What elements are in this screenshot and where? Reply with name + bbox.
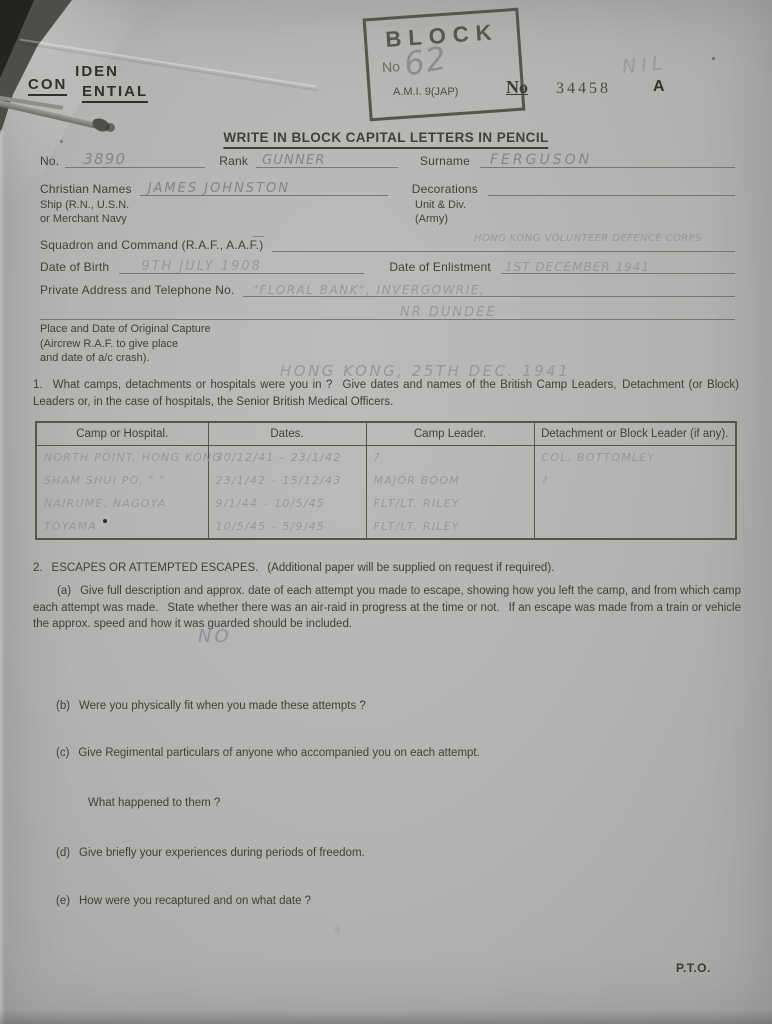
question-2-heading: 2. ESCAPES OR ATTEMPTED ESCAPES. (Additi… — [33, 560, 739, 577]
question-2c-text: (c) Give Regimental particulars of anyon… — [56, 745, 736, 762]
scanned-form-page: CON FIDEN ENTIAL BLOCK No 62 A.M.I. 9(JA… — [0, 0, 772, 1024]
ship-label: Ship (R.N., U.S.N.or Merchant Navy — [40, 198, 735, 227]
unit-label: Unit & Div.(Army) — [415, 198, 466, 227]
address-line2: NR DUNDEE — [40, 319, 735, 320]
capture-label: Place and Date of Original Capture (Airc… — [40, 322, 735, 366]
camps-table-cell: 10/5/45 – 5/9/45 — [208, 515, 366, 539]
dob-label: Date of Birth — [40, 260, 109, 274]
ami-dept-label: A.M.I. 9(JAP) — [393, 86, 458, 98]
rank-line: GUNNER — [256, 167, 398, 168]
dob-line: 9TH JULY 1908 — [119, 273, 364, 274]
question-2e-text: (e) How were you recaptured and on what … — [56, 893, 736, 910]
col-detachment-leader: Detachment or Block Leader (if any). — [534, 422, 736, 446]
field-row-address: Private Address and Telephone No. "FLORA… — [40, 275, 735, 297]
address-value-line2: NR DUNDEE — [400, 305, 497, 320]
no-label: No. — [40, 154, 59, 168]
camps-table-cell: NAIRUME, NAGOYA — [36, 492, 208, 515]
surname-value: FERGUSON — [490, 152, 592, 168]
ref-serial-number: 34458 — [556, 80, 611, 98]
camps-table-cell: 9/1/44 – 10/5/45 — [208, 492, 366, 515]
camps-table-cell: ? — [366, 446, 534, 470]
squadron-label: Squadron and Command (R.A.F., A.A.F.) — [40, 238, 264, 252]
rank-value: GUNNER — [262, 153, 326, 168]
question-2b-text: (b) Were you physically fit when you mad… — [56, 698, 736, 715]
field-row-dob-enlistment: Date of Birth 9TH JULY 1908 Date of Enli… — [40, 252, 735, 274]
christian-names-label: Christian Names — [40, 182, 132, 196]
enlistment-label: Date of Enlistment — [389, 260, 491, 274]
enlistment-line: 1ST DECEMBER 1941 — [501, 273, 735, 274]
ref-suffix: A — [653, 78, 665, 96]
enlistment-value: 1ST DECEMBER 1941 — [505, 260, 650, 274]
ref-no-label: No — [506, 77, 528, 98]
camps-table: Camp or Hospital. Dates. Camp Leader. De… — [35, 421, 737, 540]
decorations-label: Decorations — [412, 182, 478, 196]
camps-table-row: NORTH POINT, HONG KONG30/12/41 – 23/1/42… — [36, 446, 736, 470]
pto-label: P.T.O. — [676, 961, 711, 975]
camps-table-cell: SHAM SHUI PO, " " — [36, 469, 208, 492]
camps-table-cell: NORTH POINT, HONG KONG — [36, 446, 208, 470]
no-value: 3890 — [83, 150, 126, 168]
camps-table-row: TOYAMA10/5/45 – 5/9/45FLT/LT. RILEY — [36, 515, 736, 539]
question-1-text: 1. What camps, detachments or hospitals … — [33, 377, 739, 410]
address-line1: "FLORAL BANK", INVERGOWRIE, — [243, 296, 735, 297]
address-value-line1: "FLORAL BANK", INVERGOWRIE, — [253, 283, 486, 297]
paper-speck — [712, 57, 715, 60]
camps-table-cell: FLT/LT. RILEY — [366, 515, 534, 539]
christian-names-line: JAMES JOHNSTON — [140, 195, 388, 196]
paper-speck — [103, 519, 107, 523]
camps-table-header-row: Camp or Hospital. Dates. Camp Leader. De… — [36, 422, 736, 446]
field-row-no-rank-surname: No. 3890 Rank GUNNER Surname FERGUSON — [40, 146, 735, 168]
camps-table-cell: ? — [534, 469, 736, 492]
field-row-ship-unit: Ship (R.N., U.S.N.or Merchant Navy — Uni… — [40, 198, 735, 227]
camps-table-cell — [534, 515, 736, 539]
camps-table-cell: FLT/LT. RILEY — [366, 492, 534, 515]
block-number-handwritten: 62 — [401, 39, 450, 84]
question-2d-text: (d) Give briefly your experiences during… — [56, 845, 736, 862]
camps-table-cell: 23/1/42 – 15/12/43 — [208, 469, 366, 492]
dob-value: 9TH JULY 1908 — [141, 259, 262, 274]
field-row-squadron: Squadron and Command (R.A.F., A.A.F.) — [40, 232, 735, 252]
no-line: 3890 — [65, 167, 205, 168]
field-row-address-2: NR DUNDEE — [40, 300, 735, 320]
confidential-stamp-part3: ENTIAL — [82, 83, 148, 103]
surname-line: FERGUSON — [480, 167, 735, 168]
confidential-stamp-part1: CON — [28, 76, 67, 96]
camps-table-row: SHAM SHUI PO, " "23/1/42 – 15/12/43MAJOR… — [36, 469, 736, 492]
rank-label: Rank — [219, 154, 248, 168]
col-camp-leader: Camp Leader. — [366, 422, 534, 446]
camps-table-cell: 30/12/41 – 23/1/42 — [208, 446, 366, 470]
camps-table-cell: COL. BOTTOMLEY — [534, 446, 736, 470]
address-label: Private Address and Telephone No. — [40, 283, 235, 297]
camps-table-cell: MAJOR BOOM — [366, 469, 534, 492]
christian-names-value: JAMES JOHNSTON — [148, 181, 290, 196]
camps-table-cell — [534, 492, 736, 515]
answer-2a-no: NO — [198, 626, 232, 647]
field-row-capture: Place and Date of Original Capture (Airc… — [40, 322, 735, 366]
camps-table-row: NAIRUME, NAGOYA9/1/44 – 10/5/45FLT/LT. R… — [36, 492, 736, 515]
paper-speck — [60, 140, 63, 143]
surname-label: Surname — [420, 154, 470, 168]
col-dates: Dates. — [208, 422, 366, 446]
question-2a-text: (a) Give full description and approx. da… — [33, 583, 741, 633]
bottom-edge-shadow — [0, 1010, 772, 1024]
punch-hole — [106, 123, 115, 132]
col-camp-or-hospital: Camp or Hospital. — [36, 422, 208, 446]
pencil-mark-4: 4 — [334, 925, 342, 936]
question-2c2-text: What happened to them ? — [88, 795, 728, 812]
field-row-names-decorations: Christian Names JAMES JOHNSTON Decoratio… — [40, 174, 735, 196]
camps-table-cell: TOYAMA — [36, 515, 208, 539]
pencil-note-nil: NIL — [621, 52, 668, 79]
decorations-line — [488, 195, 735, 196]
left-edge-highlight — [0, 130, 5, 1024]
